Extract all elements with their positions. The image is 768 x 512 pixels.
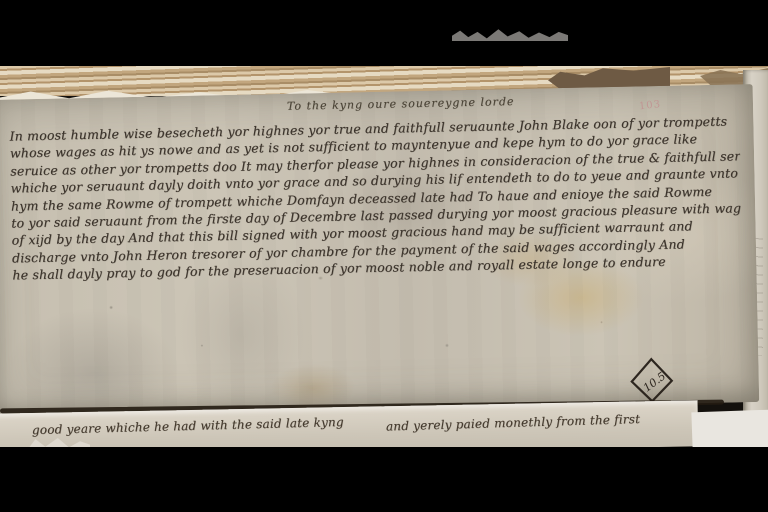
archival-diamond-mark: 10.5 (628, 356, 675, 405)
parchment-document: To the kyng oure souereygne lorde 103 In… (0, 84, 759, 418)
diamond-outline-icon: 10.5 (628, 356, 675, 405)
photo-area: To the kyng oure souereygne lorde 103 In… (0, 66, 768, 447)
fragment-line: good yeare whiche he had with the said l… (32, 415, 344, 437)
document-heading: To the kyng oure souereygne lorde (287, 95, 515, 113)
fragment-line: and yerely paied monethly from the first (386, 412, 641, 434)
torn-grey-scrap (452, 28, 568, 41)
folio-number: 103 (638, 99, 661, 112)
manuscript-text-block: In moost humble wise besecheth yor highn… (9, 112, 742, 284)
manuscript-photo: To the kyng oure souereygne lorde 103 In… (0, 0, 768, 512)
white-paper-strip (691, 410, 768, 447)
